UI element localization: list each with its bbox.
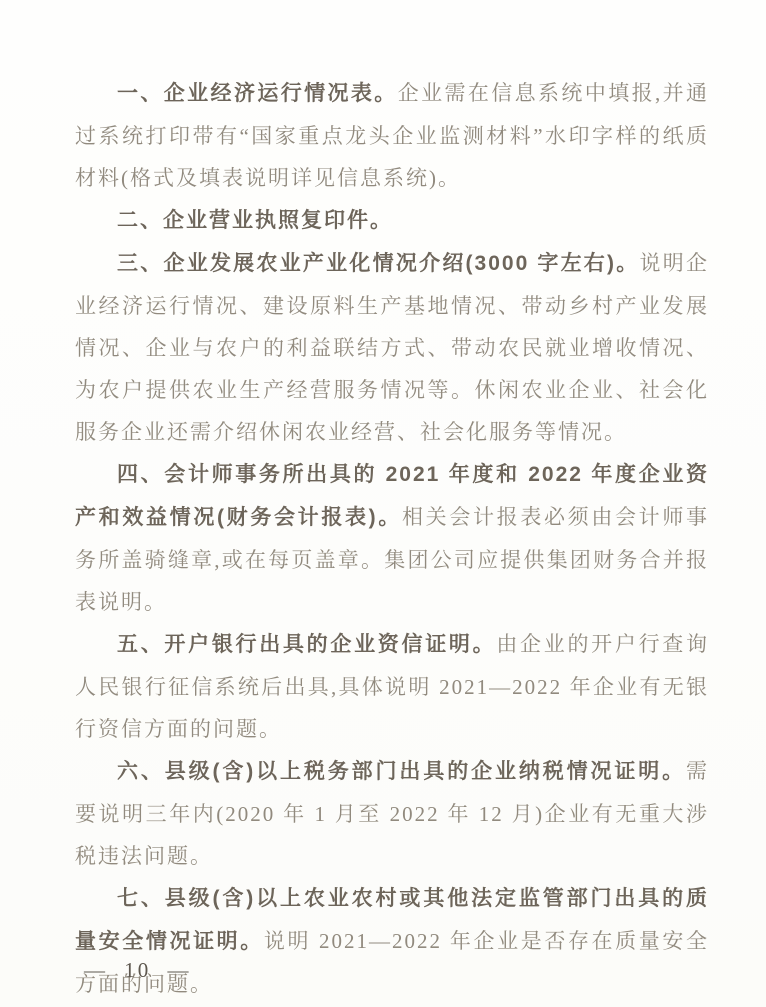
document-page: 一、企业经济运行情况表。企业需在信息系统中填报,并通过系统打印带有“国家重点龙头…	[0, 0, 766, 1007]
paragraph-item-5: 五、开户银行出具的企业资信证明。由企业的开户行查询人民银行征信系统后出具,具体说…	[75, 623, 709, 750]
section-text-3: 说明企业经济运行情况、建设原料生产基地情况、带动乡村产业发展情况、企业与农户的利…	[75, 251, 709, 444]
section-heading-3: 三、企业发展农业产业化情况介绍(3000 字左右)。	[117, 252, 640, 275]
paragraph-item-2: 二、企业营业执照复印件。	[75, 199, 709, 242]
paragraph-item-7: 七、县级(含)以上农业农村或其他法定监管部门出具的质量安全情况证明。说明 202…	[75, 877, 709, 1005]
section-heading-6: 六、县级(含)以上税务部门出具的企业纳税情况证明。	[117, 760, 686, 783]
paragraph-item-6: 六、县级(含)以上税务部门出具的企业纳税情况证明。需要说明三年内(2020 年 …	[75, 750, 709, 877]
paragraph-item-4: 四、会计师事务所出具的 2021 年度和 2022 年度企业资产和效益情况(财务…	[75, 453, 709, 623]
page-number: — 10 —	[84, 958, 192, 983]
paragraph-item-1: 一、企业经济运行情况表。企业需在信息系统中填报,并通过系统打印带有“国家重点龙头…	[75, 72, 709, 199]
document-body: 一、企业经济运行情况表。企业需在信息系统中填报,并通过系统打印带有“国家重点龙头…	[75, 72, 709, 1005]
section-heading-2: 二、企业营业执照复印件。	[117, 209, 393, 232]
paragraph-item-3: 三、企业发展农业产业化情况介绍(3000 字左右)。说明企业经济运行情况、建设原…	[75, 242, 709, 453]
section-heading-5: 五、开户银行出具的企业资信证明。	[117, 633, 496, 656]
section-heading-1: 一、企业经济运行情况表。	[117, 82, 398, 105]
